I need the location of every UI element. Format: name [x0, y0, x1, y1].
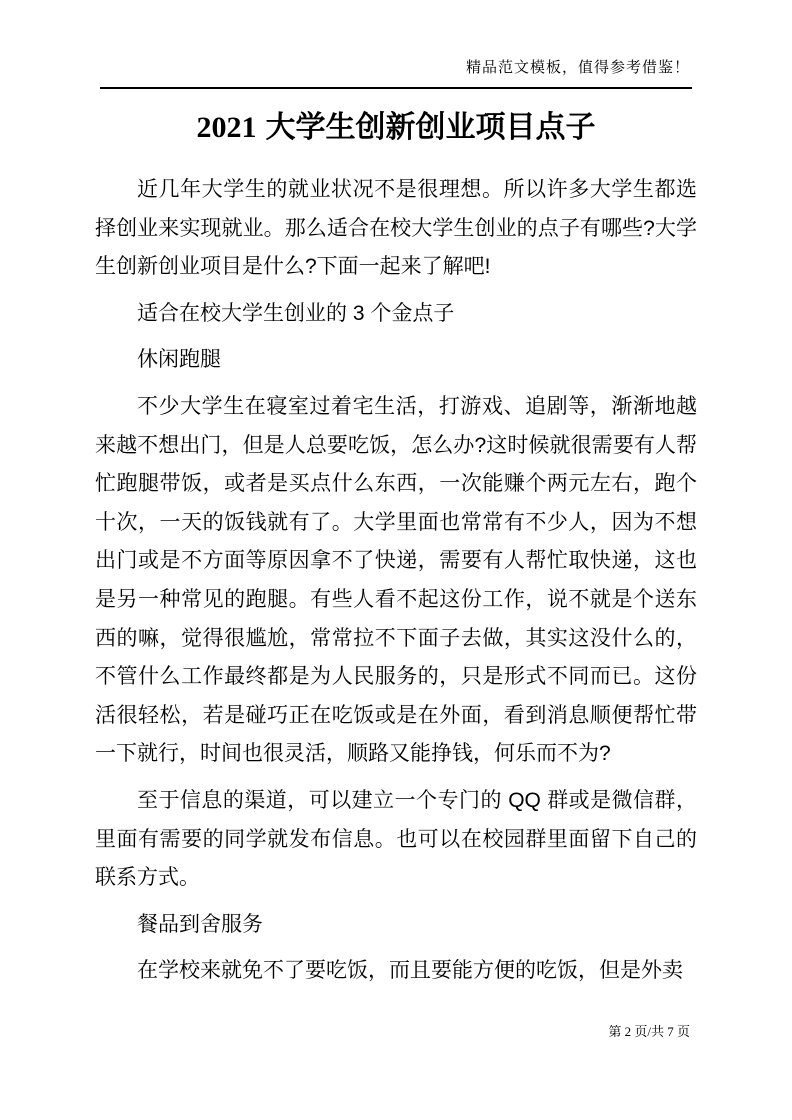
header-divider: [100, 87, 692, 89]
header-note: 精品范文模板，值得参考借鉴！: [100, 56, 690, 77]
document-page: 精品范文模板，值得参考借鉴！ 2021大学生创新创业项目点子 近几年大学生的就业…: [0, 0, 792, 1120]
body-paragraph: 近几年大学生的就业状况不是很理想。所以许多大学生都选择创业来实现就业。那么适合在…: [95, 171, 697, 287]
page-number-indicator: 第 2 页/共 7 页: [608, 1021, 690, 1040]
body-paragraph: 在学校来就免不了要吃饭，而且要能方便的吃饭，但是外卖: [95, 952, 697, 991]
body-paragraph: 至于信息的渠道，可以建立一个专门的 QQ 群或是微信群，里面有需要的同学就发布信…: [95, 782, 697, 898]
page-title-year: 2021: [197, 111, 257, 144]
subheading: 适合在校大学生创业的 3 个金点子: [95, 295, 697, 334]
subheading: 休闲跑腿: [95, 341, 697, 380]
subheading: 餐品到舍服务: [95, 906, 697, 945]
page-title-text: 大学生创新创业项目点子: [266, 111, 596, 144]
document-body: 近几年大学生的就业状况不是很理想。所以许多大学生都选择创业来实现就业。那么适合在…: [95, 171, 697, 999]
page-title: 2021大学生创新创业项目点子: [0, 102, 792, 146]
body-paragraph: 不少大学生在寝室过着宅生活，打游戏、追剧等，渐渐地越来越不想出门，但是人总要吃饭…: [95, 388, 697, 774]
